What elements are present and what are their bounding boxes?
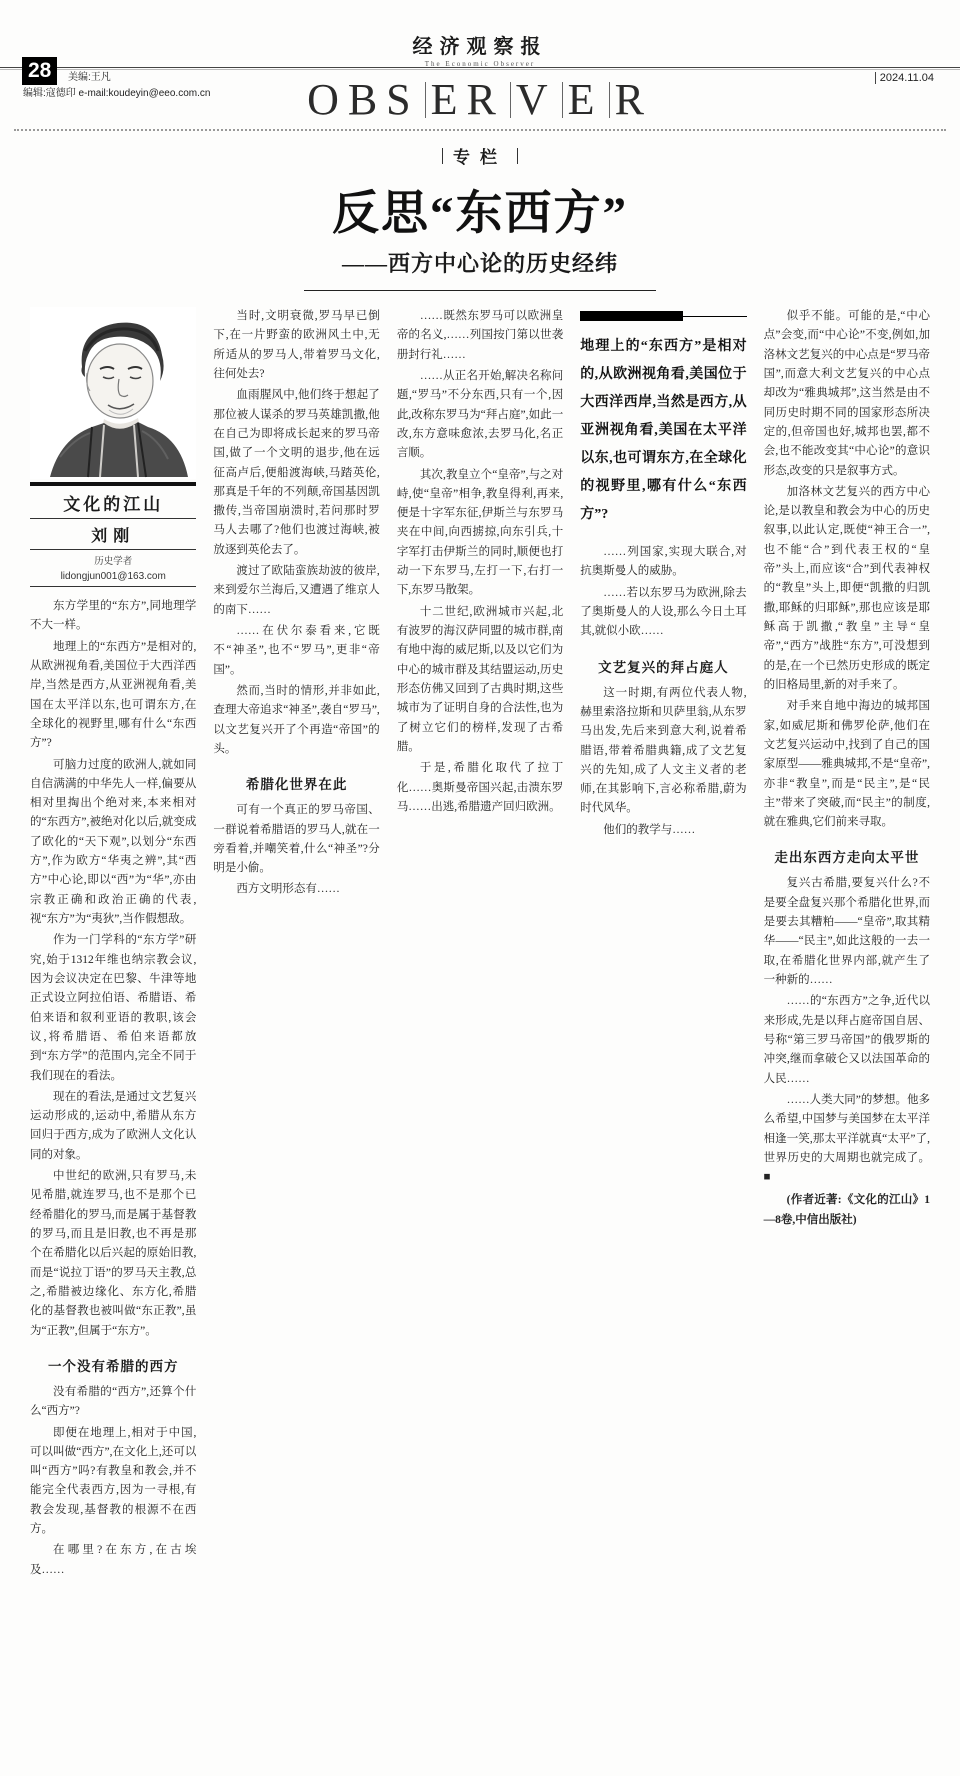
text-column-2: 当时,文明衰微,罗马早已倒下,在一片野蛮的欧洲风土中,无所适从的罗马人,带着罗马… bbox=[213, 307, 379, 1761]
masthead: 经济观察报 The Economic Observer bbox=[0, 0, 960, 68]
paragraph: 现在的看法,是通过文艺复兴运动形成的,运动中,希腊从东方回归于西方,成为了欧洲人… bbox=[30, 1088, 196, 1165]
paragraph: 可脑力过度的欧洲人,就如同自信满满的中华先人一样,偏要从相对里掏出个绝对来,本来… bbox=[30, 756, 196, 930]
text-column-3: ……既然东罗马可以欧洲皇帝的名义,……列国按门第以世袭册封行礼…… ……从正名开… bbox=[397, 307, 563, 1761]
author-email[interactable]: lidongjun001@163.com bbox=[30, 569, 196, 586]
divider-bar bbox=[442, 148, 443, 164]
paragraph: 血雨腥风中,他们终于想起了那位被人谋杀的罗马英雄凯撒,他在自己为即将成长起来的罗… bbox=[213, 386, 379, 560]
headline-subtitle-wrap: ——西方中心论的历史经纬 bbox=[304, 243, 656, 291]
author-name: 刘刚 bbox=[30, 519, 196, 549]
paragraph: 即便在地理上,相对于中国,可以叫做“西方”,在文化上,还可以叫“西方”吗?有教皇… bbox=[30, 1424, 196, 1540]
paragraph: ……从正名开始,解决名称问题,“罗马”不分东西,只有一个,因此,改称东罗马为“拜… bbox=[397, 367, 563, 464]
paragraph: 东方学里的“东方”,同地理学不大一样。 bbox=[30, 597, 196, 636]
article-body: 文化的江山 刘刚 历史学者 lidongjun001@163.com 东方学里的… bbox=[0, 291, 960, 1761]
observer-part: E bbox=[566, 74, 606, 125]
paragraph: ……既然东罗马可以欧洲皇帝的名义,……列国按门第以世袭册封行礼…… bbox=[397, 307, 563, 365]
paragraph: 然而,当时的情形,并非如此,查理大帝追求“神圣”,袭自“罗马”,以文艺复兴开了个… bbox=[213, 682, 379, 759]
paragraph: 似乎不能。可能的是,“中心点”会变,而“中心论”不变,例如,加洛林文艺复兴的中心… bbox=[764, 307, 930, 481]
text-column-5: 似乎不能。可能的是,“中心点”会变,而“中心论”不变,例如,加洛林文艺复兴的中心… bbox=[764, 307, 930, 1761]
masthead-rule-2 bbox=[0, 69, 960, 70]
art-editor-credit: 美编:王凡 bbox=[68, 68, 111, 83]
observer-part: V bbox=[514, 74, 559, 125]
paragraph: 加洛林文艺复兴的西方中心论,是以教皇和教会为中心的历史叙事,以此认定,既使“神王… bbox=[764, 483, 930, 695]
pull-quote-bar-solid bbox=[580, 311, 683, 321]
paragraph: 作为一门学科的“东方学”研究,始于1312年维也纳宗教会议,因为会议决定在巴黎、… bbox=[30, 931, 196, 1086]
paragraph: 其次,教皇立个“皇帝”,与之对峙,使“皇帝”相争,教皇得利,再来,便是十字军东征… bbox=[397, 466, 563, 601]
paragraph: 地理上的“东西方”是相对的,从欧洲视角看,美国位于大西洋西岸,当然是西方,从亚洲… bbox=[30, 638, 196, 754]
paragraph: ……的“东西方”之争,近代以来形成,先是以拜占庭帝国自居、号称“第三罗马帝国”的… bbox=[764, 992, 930, 1089]
pull-quote: 地理上的“东西方”是相对的,从欧洲视角看,美国位于大西洋西岸,当然是西方,从亚洲… bbox=[580, 333, 746, 529]
section-heading: 一个没有希腊的西方 bbox=[30, 1355, 196, 1375]
paragraph: 对手来自地中海边的城邦国家,如威尼斯和佛罗伦萨,他们在文艺复兴运动中,找到了自己… bbox=[764, 697, 930, 832]
text-column-4: 地理上的“东西方”是相对的,从欧洲视角看,美国位于大西洋西岸,当然是西方,从亚洲… bbox=[580, 307, 746, 1761]
paragraph: ……若以东罗马为欧洲,除去了奥斯曼人的人设,那么今日土耳其,就似小欧…… bbox=[580, 584, 746, 642]
paragraph: ……在伏尔泰看来,它既不“神圣”,也不“罗马”,更非“帝国”。 bbox=[213, 622, 379, 680]
divider-bar bbox=[425, 82, 426, 118]
article-headline: 反思“东西方” ——西方中心论的历史经纬 bbox=[0, 176, 960, 291]
pull-quote-bar bbox=[580, 311, 746, 321]
paragraph: ……人类大同”的梦想。他多么希望,中国梦与美国梦在太平洋相逢一笑,那太平洋就真“… bbox=[764, 1091, 930, 1188]
observer-wordmark: OBSERVER bbox=[0, 74, 960, 125]
headline-title: 反思“东西方” bbox=[0, 176, 960, 243]
author-card-rule bbox=[30, 586, 196, 587]
column-title: 文化的江山 bbox=[30, 486, 196, 518]
paragraph: 没有希腊的“西方”,还算个什么“西方”? bbox=[30, 1383, 196, 1422]
newspaper-page: 经济观察报 The Economic Observer 28 美编:王凡 编辑:… bbox=[0, 0, 960, 1776]
author-portrait bbox=[30, 307, 196, 479]
paragraph: 中世纪的欧洲,只有罗马,未见希腊,就连罗马,也不是那个已经希腊化的罗马,而是属于… bbox=[30, 1167, 196, 1341]
paper-name-cn: 经济观察报 bbox=[0, 30, 960, 59]
divider-bar bbox=[510, 82, 511, 118]
author-portrait-sketch bbox=[30, 307, 196, 479]
observer-part: R bbox=[613, 74, 655, 125]
paragraph: 可有一个真正的罗马帝国、一群说着希腊语的罗马人,就在一旁看着,并嘲笑着,什么“神… bbox=[213, 801, 379, 878]
pull-quote-bar-line bbox=[683, 316, 746, 317]
section-heading: 走出东西方走向太平世 bbox=[764, 846, 930, 866]
section-heading: 希腊化世界在此 bbox=[213, 773, 379, 793]
paragraph: 渡过了欧陆蛮族劫波的彼岸,来到爱尔兰海后,又遭遇了维京人的南下…… bbox=[213, 562, 379, 620]
divider-bar bbox=[609, 82, 610, 118]
page-number: 28 bbox=[22, 57, 57, 85]
paragraph: 西方文明形态有…… bbox=[213, 880, 379, 899]
column-badge-label: 专栏 bbox=[453, 148, 507, 167]
paragraph: 他们的教学与…… bbox=[580, 821, 746, 840]
author-book-credit: (作者近著:《文化的江山》1—8卷,中信出版社) bbox=[764, 1191, 930, 1230]
dotted-rule bbox=[14, 129, 946, 131]
paragraph: 于是,希腊化取代了拉丁化……奥斯曼帝国兴起,击溃东罗马……出逃,希腊遗产回归欧洲… bbox=[397, 759, 563, 817]
text-column-1: 文化的江山 刘刚 历史学者 lidongjun001@163.com 东方学里的… bbox=[30, 307, 196, 1761]
issue-date: 2024.11.04 bbox=[875, 72, 934, 84]
paragraph: 十二世纪,欧洲城市兴起,北有波罗的海汉萨同盟的城市群,南有地中海的威尼斯,以及以… bbox=[397, 603, 563, 758]
column-badge: 专栏 bbox=[0, 143, 960, 168]
author-title: 历史学者 bbox=[30, 550, 196, 569]
paragraph: 这一时期,有两位代表人物,赫里索洛拉斯和贝萨里翁,从东罗马出发,先后来到意大利,… bbox=[580, 684, 746, 819]
masthead-rule bbox=[0, 67, 960, 68]
paragraph: ……列国家,实现大联合,对抗奥斯曼人的威胁。 bbox=[580, 543, 746, 582]
divider-bar bbox=[562, 82, 563, 118]
paragraph: 当时,文明衰微,罗马早已倒下,在一片野蛮的欧洲风土中,无所适从的罗马人,带着罗马… bbox=[213, 307, 379, 384]
divider-bar bbox=[517, 148, 518, 164]
paragraph: 复兴古希腊,要复兴什么?不是要全盘复兴那个希腊化世界,而是要去其糟粕——“皇帝”… bbox=[764, 874, 930, 990]
section-heading: 文艺复兴的拜占庭人 bbox=[580, 656, 746, 676]
headline-subtitle: ——西方中心论的历史经纬 bbox=[342, 247, 618, 278]
editor-credit: 编辑:寇德印 e-mail:koudeyin@eeo.com.cn bbox=[23, 84, 210, 99]
observer-part: OBS bbox=[305, 74, 422, 125]
observer-part: ER bbox=[429, 74, 507, 125]
paragraph: 在哪里?在东方,在古埃及…… bbox=[30, 1541, 196, 1580]
author-card: 文化的江山 刘刚 历史学者 lidongjun001@163.com bbox=[30, 307, 196, 587]
